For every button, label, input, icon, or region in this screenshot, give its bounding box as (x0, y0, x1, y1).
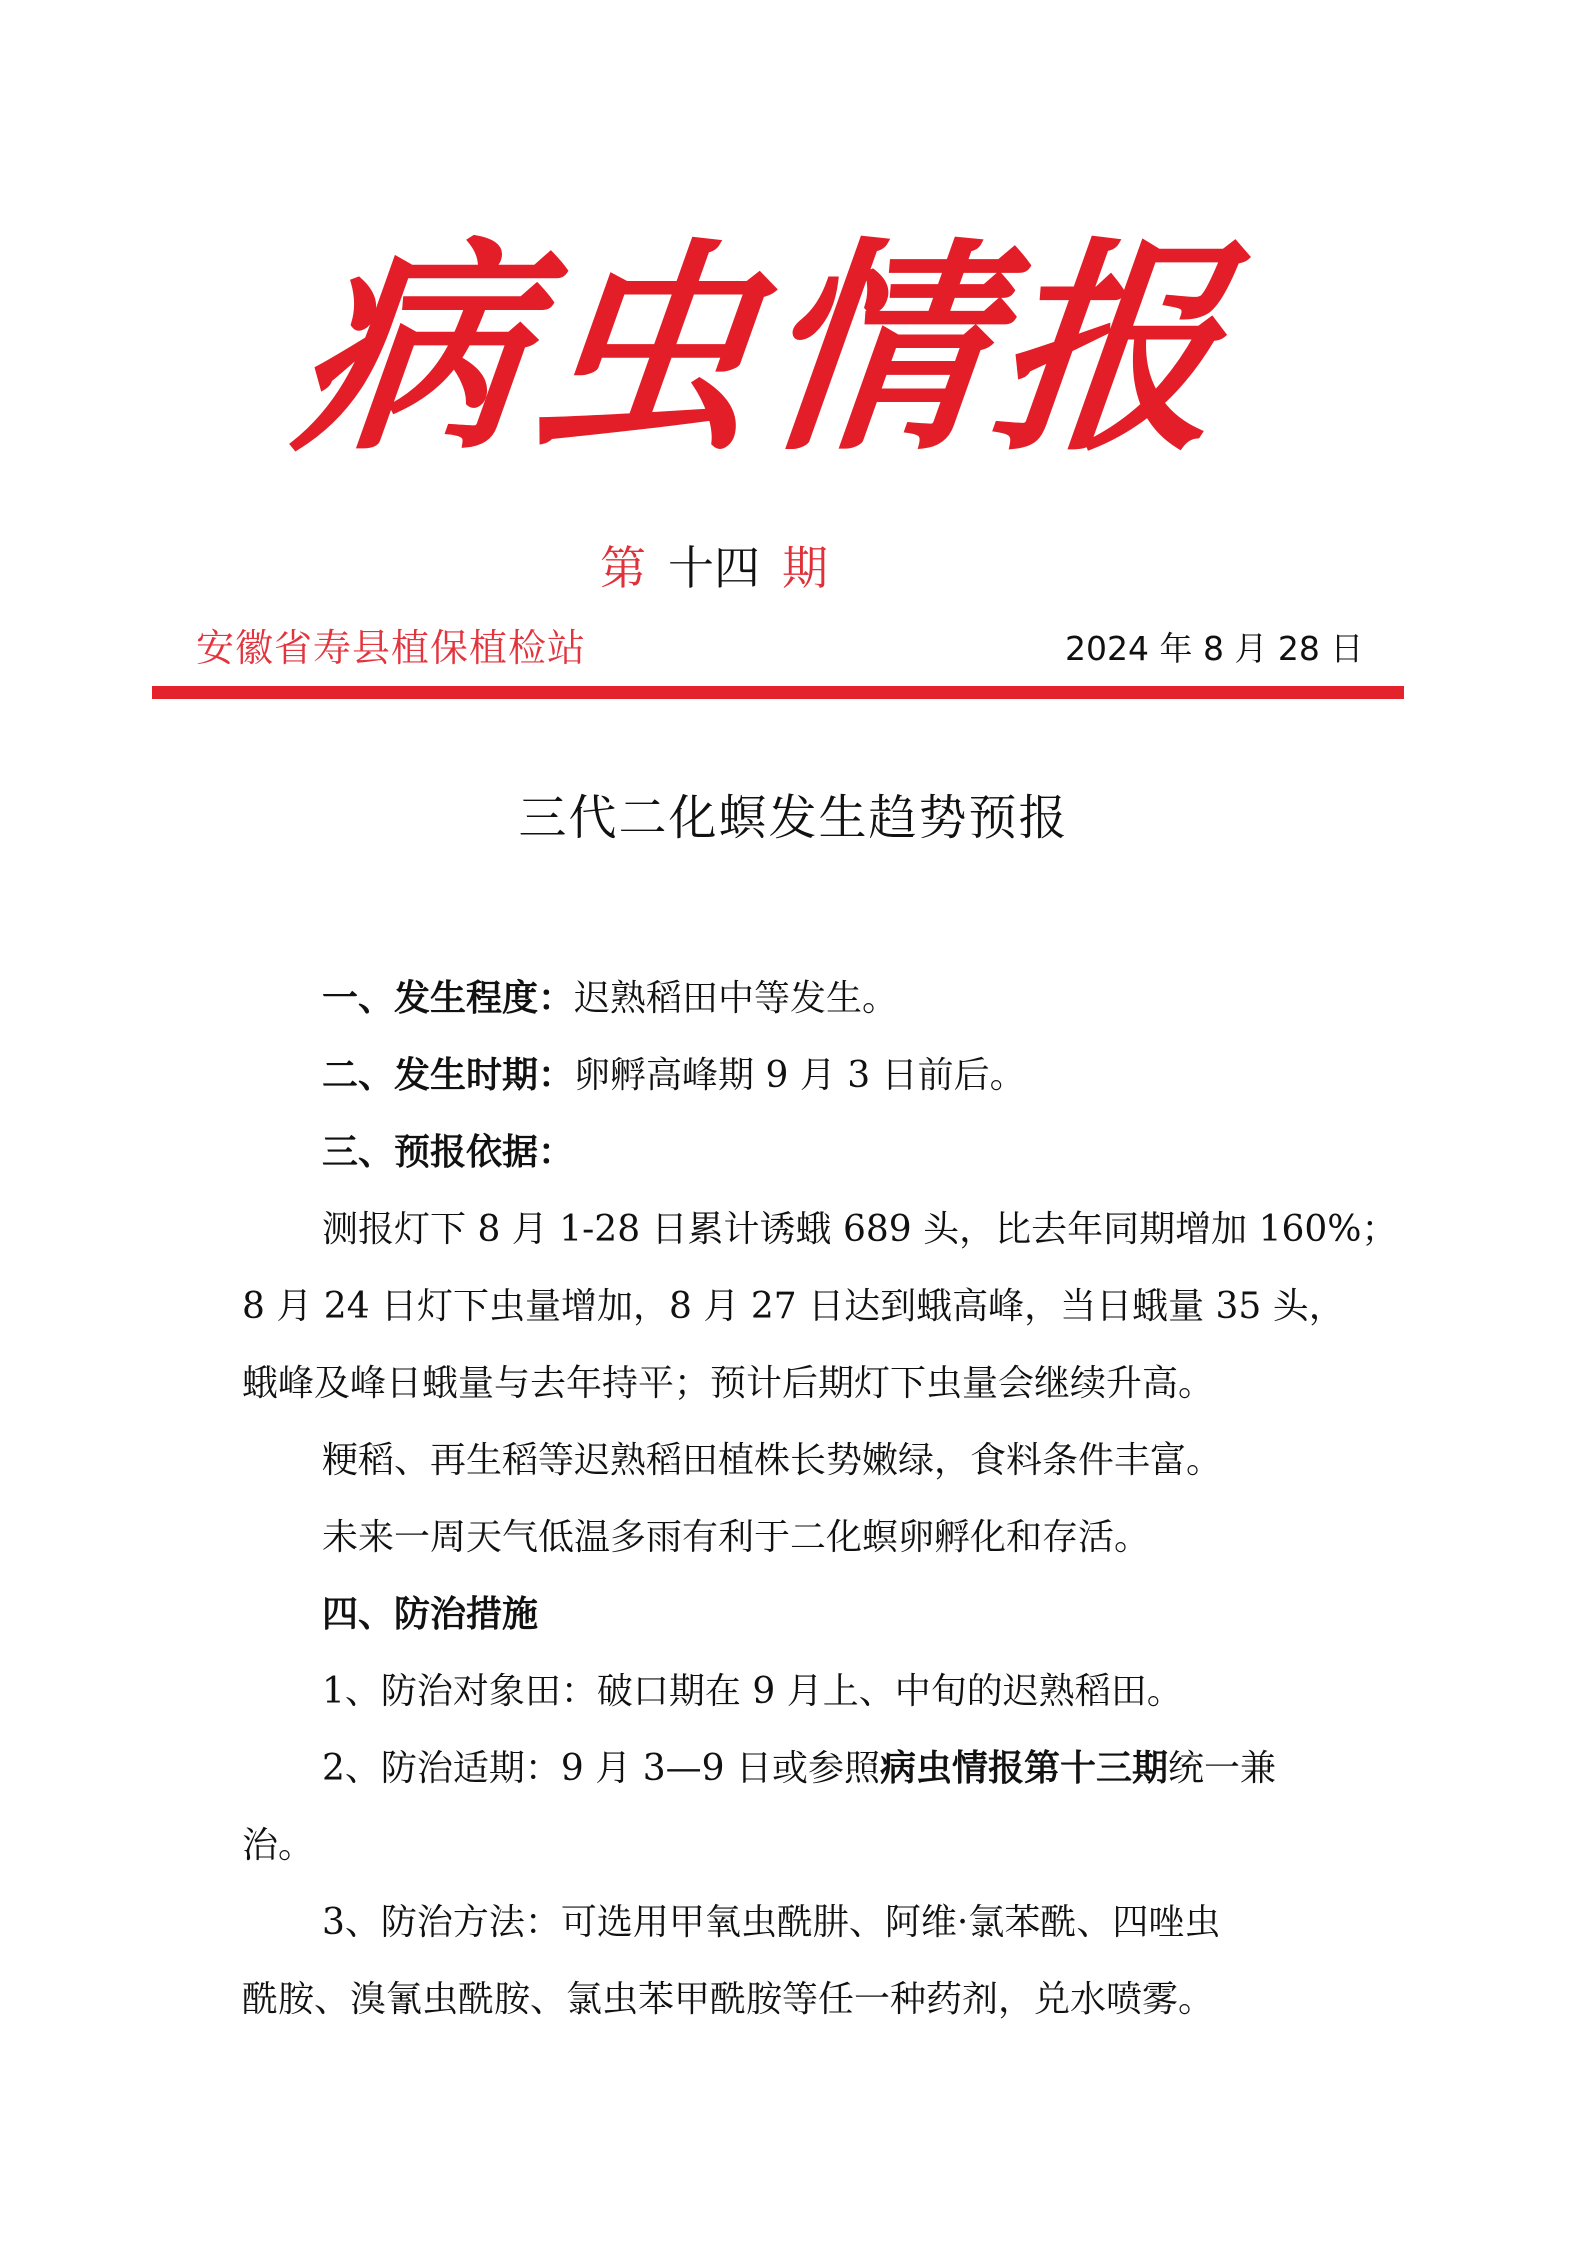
measure-item-2-cont: 治。 (242, 1807, 1362, 1884)
masthead-title: 病 虫 情 报 (300, 200, 1220, 500)
basis-para-2: 粳稻、再生稻等迟熟稻田植株长势嫩绿，食料条件丰富。 (242, 1422, 1362, 1499)
issue-number: 第十四期 (600, 538, 828, 598)
publish-date: 2024 年 8 月 28 日 (1065, 626, 1363, 672)
section-heading: 一、发生程度： (322, 977, 574, 1019)
section-severity: 一、发生程度：迟熟稻田中等发生。 (242, 960, 1362, 1037)
measure-item-2: 2、防治适期：9 月 3—9 日或参照病虫情报第十三期统一兼 (242, 1730, 1362, 1807)
basis-para-1-line-1: 测报灯下 8 月 1-28 日累计诱蛾 689 头，比去年同期增加 160%； (242, 1191, 1362, 1268)
section-heading: 四、防治措施 (322, 1593, 538, 1635)
section-period: 二、发生时期：卵孵高峰期 9 月 3 日前后。 (242, 1037, 1362, 1114)
article-title: 三代二化螟发生趋势预报 (0, 785, 1587, 851)
masthead-char-1: 病 (288, 238, 537, 463)
section-text: 迟熟稻田中等发生。 (574, 978, 898, 1019)
header-divider (152, 686, 1404, 699)
article-body: 一、发生程度：迟熟稻田中等发生。 二、发生时期：卵孵高峰期 9 月 3 日前后。… (242, 960, 1362, 2038)
measure-item-3-line-2: 酰胺、溴氰虫酰胺、氯虫苯甲酰胺等任一种药剂，兑水喷雾。 (242, 1961, 1362, 2038)
section-heading: 二、发生时期： (322, 1054, 574, 1096)
issue-prefix: 第 (600, 541, 646, 595)
basis-para-3: 未来一周天气低温多雨有利于二化螟卵孵化和存活。 (242, 1499, 1362, 1576)
publisher-name: 安徽省寿县植保植检站 (196, 622, 586, 674)
referenced-issue: 病虫情报第十三期 (880, 1747, 1168, 1789)
masthead-char-2: 虫 (520, 238, 769, 463)
basis-para-1-line-3: 蛾峰及峰日蛾量与去年持平；预计后期灯下虫量会继续升高。 (242, 1345, 1362, 1422)
measure-item-3-line-1: 3、防治方法：可选用甲氧虫酰肼、阿维·氯苯酰、四唑虫 (242, 1884, 1362, 1961)
basis-para-1-line-2: 8 月 24 日灯下虫量增加，8 月 27 日达到蛾高峰，当日蛾量 35 头， (242, 1268, 1362, 1345)
measure-item-2-suffix: 统一兼 (1168, 1748, 1276, 1789)
masthead-char-4: 报 (983, 238, 1232, 463)
section-heading: 三、预报依据： (322, 1131, 574, 1173)
section-basis: 三、预报依据： (242, 1114, 1362, 1191)
measure-item-2-prefix: 2、防治适期：9 月 3—9 日或参照 (322, 1748, 880, 1789)
section-text: 卵孵高峰期 9 月 3 日前后。 (574, 1055, 1026, 1096)
issue-number-value: 十四 (668, 541, 760, 595)
issue-suffix: 期 (782, 541, 828, 595)
masthead-char-3: 情 (751, 238, 1000, 463)
section-measures: 四、防治措施 (242, 1576, 1362, 1653)
measure-item-1: 1、防治对象田：破口期在 9 月上、中旬的迟熟稻田。 (242, 1653, 1362, 1730)
